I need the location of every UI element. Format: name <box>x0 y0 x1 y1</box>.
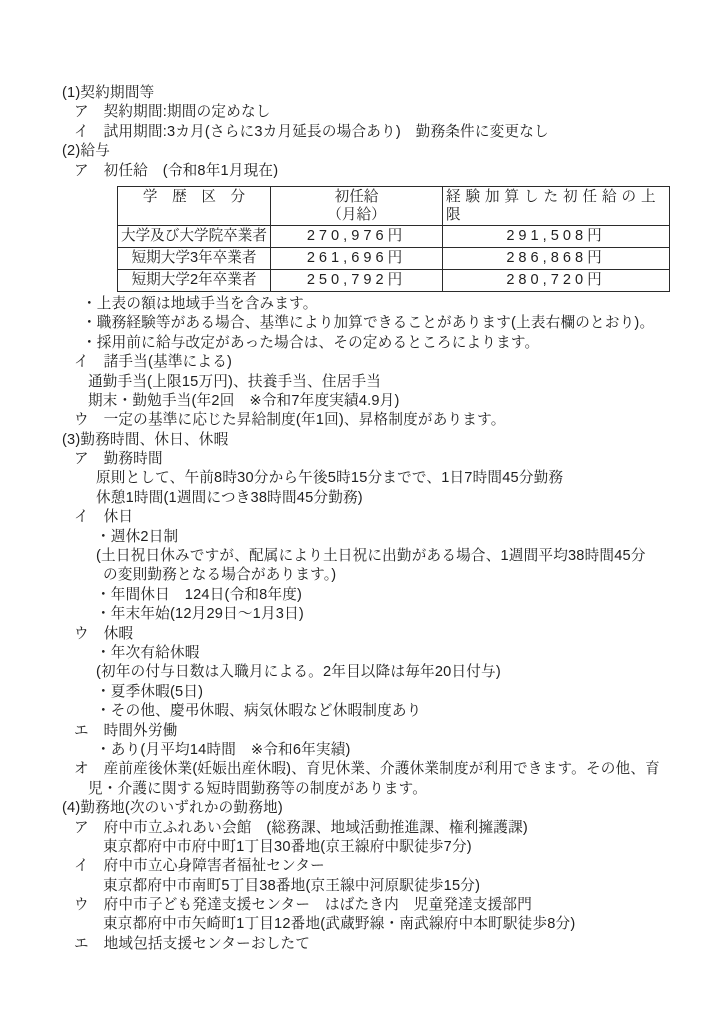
doc-line: ・あり(月平均14時間 ※令和6年実績) <box>62 741 706 760</box>
doc-line: 児・介護に関する短時間勤務等の制度があります。 <box>62 780 706 799</box>
table-row: 大学及び大学院卒業者 270,976円 291,508円 <box>118 225 670 247</box>
doc-line: 東京都府中市矢崎町1丁目12番地(武蔵野線・南武線府中本町駅徒歩8分) <box>62 915 706 934</box>
doc-line: ・週休2日制 <box>62 528 706 547</box>
header-education-category: 学 歴 区 分 <box>118 186 271 225</box>
doc-line: (初年の付与日数は入職月による。2年目以降は毎年20日付与) <box>62 663 706 682</box>
doc-line: イ 休日 <box>62 508 706 527</box>
salary-table: 学 歴 区 分 初任給 （月給） 経験加算した初任給の上限 大学及び大学院卒業者… <box>117 186 670 292</box>
doc-line: の変則勤務となる場合があります。) <box>62 566 706 585</box>
cell-cap: 280,720円 <box>443 269 670 291</box>
section-heading: (3)勤務時間、休日、休暇 <box>62 431 706 450</box>
doc-line: 東京都府中市府中町1丁目30番地(京王線府中駅徒歩7分) <box>62 838 706 857</box>
doc-line: 通勤手当(上限15万円)、扶養手当、住居手当 <box>62 373 706 392</box>
doc-line: ア 初任給 (令和8年1月現在) <box>62 162 706 181</box>
doc-line: ウ 一定の基準に応じた昇給制度(年1回)、昇格制度があります。 <box>62 411 706 430</box>
doc-line: ・その他、慶弔休暇、病気休暇など休暇制度あり <box>62 702 706 721</box>
doc-line: イ 試用期間:3カ月(さらに3カ月延長の場合あり) 勤務条件に変更なし <box>62 123 706 142</box>
doc-line: イ 府中市立心身障害者福祉センター <box>62 857 706 876</box>
header-experience-cap: 経験加算した初任給の上限 <box>443 186 670 225</box>
table-row: 短期大学2年卒業者 250,792円 280,720円 <box>118 269 670 291</box>
header-starting-salary: 初任給 （月給） <box>271 186 443 225</box>
doc-line: ア 契約期間:期間の定めなし <box>62 103 706 122</box>
doc-line: ア 勤務時間 <box>62 450 706 469</box>
doc-line: (土日祝日休みですが、配属により土日祝に出勤がある場合、1週間平均38時間45分 <box>62 547 706 566</box>
doc-line: ア 府中市立ふれあい会館 (総務課、地域活動推進課、権利擁護課) <box>62 819 706 838</box>
doc-line: エ 時間外労働 <box>62 722 706 741</box>
cell-cap: 291,508円 <box>443 225 670 247</box>
cell-salary: 250,792円 <box>271 269 443 291</box>
cell-education: 短期大学2年卒業者 <box>118 269 271 291</box>
cell-salary: 261,696円 <box>271 247 443 269</box>
table-header-row: 学 歴 区 分 初任給 （月給） 経験加算した初任給の上限 <box>118 186 670 225</box>
doc-line: ・職務経験等がある場合、基準により加算できることがあります(上表右欄のとおり)。 <box>62 314 706 333</box>
doc-line: ウ 府中市子ども発達支援センター はばたき内 児童発達支援部門 <box>62 896 706 915</box>
cell-cap: 286,868円 <box>443 247 670 269</box>
section-heading: (2)給与 <box>62 142 706 161</box>
doc-line: ウ 休暇 <box>62 625 706 644</box>
table-row: 短期大学3年卒業者 261,696円 286,868円 <box>118 247 670 269</box>
doc-line: オ 産前産後休業(妊娠出産休暇)、育児休業、介護休業制度が利用できます。その他、… <box>62 760 706 779</box>
doc-line: ・上表の額は地域手当を含みます。 <box>62 295 706 314</box>
doc-line: ・年次有給休暇 <box>62 644 706 663</box>
doc-line: 期末・勤勉手当(年2回 ※令和7年度実績4.9月) <box>62 392 706 411</box>
section-heading: (4)勤務地(次のいずれかの勤務地) <box>62 799 706 818</box>
doc-line: ・採用前に給与改定があった場合は、その定めるところによります。 <box>62 334 706 353</box>
doc-line: ・夏季休暇(5日) <box>62 683 706 702</box>
section-heading: (1)契約期間等 <box>62 84 706 103</box>
document-page: (1)契約期間等 ア 契約期間:期間の定めなし イ 試用期間:3カ月(さらに3カ… <box>0 0 724 1024</box>
doc-line: ・年末年始(12月29日～1月3日) <box>62 605 706 624</box>
cell-education: 短期大学3年卒業者 <box>118 247 271 269</box>
doc-line: 原則として、午前8時30分から午後5時15分までで、1日7時間45分勤務 <box>62 469 706 488</box>
doc-line: 東京都府中市南町5丁目38番地(京王線中河原駅徒歩15分) <box>62 877 706 896</box>
cell-education: 大学及び大学院卒業者 <box>118 225 271 247</box>
doc-line: イ 諸手当(基準による) <box>62 353 706 372</box>
doc-line: 休憩1時間(1週間につき38時間45分勤務) <box>62 489 706 508</box>
doc-line: ・年間休日 124日(令和8年度) <box>62 586 706 605</box>
cell-salary: 270,976円 <box>271 225 443 247</box>
doc-line: エ 地域包括支援センターおしたて <box>62 935 706 954</box>
